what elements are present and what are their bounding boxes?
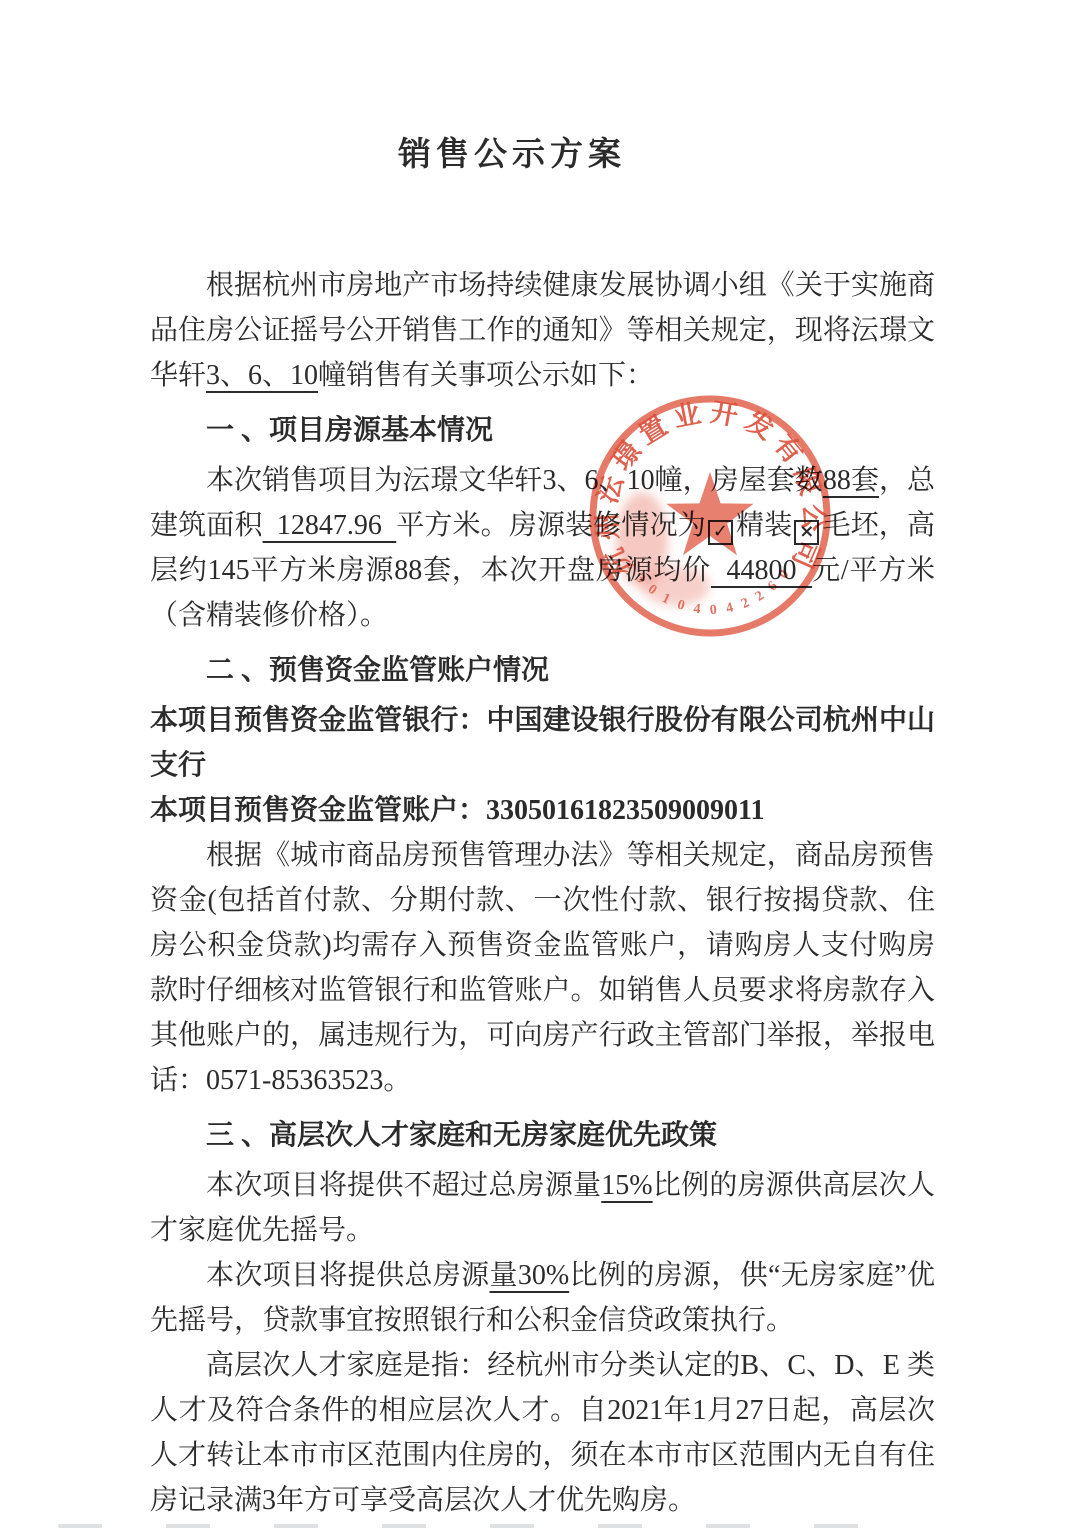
checkbox-roughcast-crossed: × <box>794 520 819 545</box>
checkbox-decorated-checked: ✓ <box>708 520 733 545</box>
underlined-average-price: 44800 <box>711 555 812 586</box>
paragraph-presale-funds: 根据《城市商品房预售管理办法》等相关规定，商品房预售资金(包括首付款、分期付款、… <box>150 833 935 1103</box>
text-run: 平方米。房源装修情况为 <box>396 510 706 541</box>
label-maopi: 毛坯 <box>822 510 878 541</box>
underlined-building-numbers: 3、6、10 <box>206 360 318 391</box>
paragraph-talent-quota: 本次项目将提供不超过总房源量15%比例的房源供高层次人才家庭优先摇号。 <box>150 1163 935 1253</box>
underlined-30-percent: 量30% <box>490 1260 570 1291</box>
page-title: 销售公示方案 <box>0 135 1052 175</box>
check-icon: ✓ <box>713 523 728 541</box>
underlined-unit-count: 88套 <box>823 465 879 496</box>
text-run: 本次项目将提供总房源 <box>206 1260 490 1291</box>
supervision-bank-line: 本项目预售资金监管银行：中国建设银行股份有限公司杭州中山支行 <box>150 698 935 788</box>
section-3-heading: 三 、高层次人才家庭和无房家庭优先政策 <box>150 1113 935 1158</box>
section-2-heading: 二 、预售资金监管账户情况 <box>150 648 935 693</box>
text-run: 幢销售有关事项公示如下： <box>318 360 654 391</box>
label-jingzhuang: 精装 <box>736 510 792 541</box>
cross-icon: × <box>799 523 814 541</box>
paragraph-no-house-quota: 本次项目将提供总房源量30%比例的房源，供“无房家庭”优先摇号，贷款事宜按照银行… <box>150 1253 935 1343</box>
supervision-account-line: 本项目预售资金监管账户：33050161823509009011 <box>150 788 935 833</box>
paragraph-intro: 根据杭州市房地产市场持续健康发展协调小组《关于实施商品住房公证摇号公开销售工作的… <box>150 263 935 398</box>
text-run: 本次销售项目为沄璟文华轩3、6、10幢，房屋套数 <box>206 465 823 496</box>
document-page: 销售公示方案 根据杭州市房地产市场持续健康发展协调小组《关于实施商品住房公证摇号… <box>0 0 1080 1531</box>
document-body: 根据杭州市房地产市场持续健康发展协调小组《关于实施商品住房公证摇号公开销售工作的… <box>0 263 1080 1523</box>
paragraph-project-info: 本次销售项目为沄璟文华轩3、6、10幢，房屋套数88套，总建筑面积 12847.… <box>150 458 935 638</box>
underlined-15-percent: 15% <box>601 1170 652 1201</box>
paragraph-talent-definition: 高层次人才家庭是指：经杭州市分类认定的B、C、D、E 类人才及符合条件的相应层次… <box>150 1343 935 1523</box>
underlined-total-area: 12847.96 <box>263 510 397 541</box>
next-line-top-edge-artifact <box>58 1524 878 1528</box>
section-1-heading: 一 、项目房源基本情况 <box>150 408 935 453</box>
text-run: 本次项目将提供不超过总房源量 <box>206 1170 601 1201</box>
